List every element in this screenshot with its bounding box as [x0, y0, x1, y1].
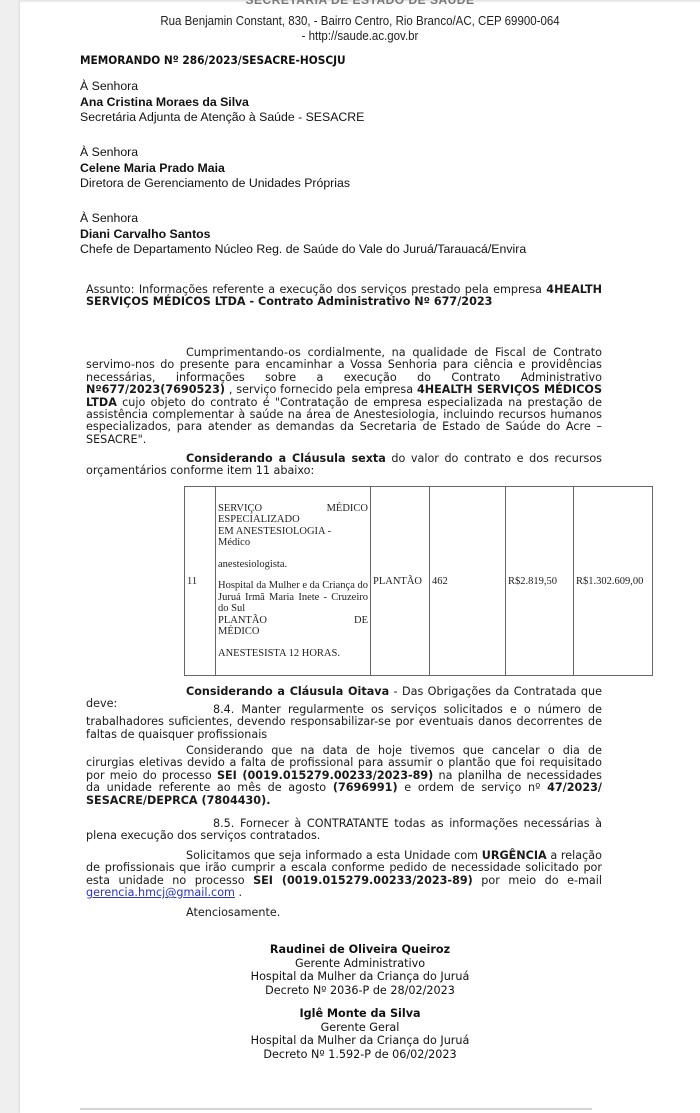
addressee-salutation: À Senhora [80, 211, 526, 227]
signature-name: Iglê Monte da Silva [20, 1007, 700, 1021]
paragraph-clausula-sexta: Considerando a Cláusula sexta do valor d… [86, 453, 602, 478]
addressee-role: Secretária Adjunta de Atenção à Saúde - … [80, 110, 364, 126]
page-divider [80, 1108, 592, 1110]
paragraph-intro: Cumprimentando-os cordialmente, na quali… [86, 347, 602, 446]
contract-number: Nº677/2023(7690523) [86, 383, 225, 396]
addressee-salutation: À Senhora [80, 79, 364, 95]
address-line-2: - http://saude.ac.gov.br [47, 29, 673, 44]
addressee-2: À Senhora Celene Maria Prado Maia Direto… [80, 145, 350, 192]
cell-quantity: 462 [430, 487, 506, 676]
addressee-3: À Senhora Diani Carvalho Santos Chefe de… [80, 211, 526, 258]
cell-unit-price: R$2.819,50 [506, 487, 574, 676]
addressee-name: Diani Carvalho Santos [80, 227, 526, 243]
addressee-1: À Senhora Ana Cristina Moraes da Silva S… [80, 79, 364, 126]
signature-role: Gerente Administrativo [20, 957, 700, 971]
table-row: 11 SERVIÇO MÉDICO ESPECIALIZADO EM ANEST… [185, 487, 653, 676]
document-page: SECRETARIA DE ESTADO DE SAÚDE Rua Benjam… [20, 0, 700, 1113]
agency-title: SECRETARIA DE ESTADO DE SAÚDE [20, 0, 700, 7]
cell-total-price: R$1.302.609,00 [574, 487, 653, 676]
addressee-name: Celene Maria Prado Maia [80, 161, 350, 177]
signature-name: Raudinei de Oliveira Queiroz [20, 943, 700, 957]
paragraph-solicitacao: Solicitamos que seja informado a esta Un… [86, 850, 602, 900]
signature-org: Hospital da Mulher da Criança do Juruá [20, 1034, 700, 1048]
contract-item-table: 11 SERVIÇO MÉDICO ESPECIALIZADO EM ANEST… [184, 486, 653, 676]
addressee-role: Chefe de Departamento Núcleo Reg. de Saú… [80, 242, 526, 258]
email-link[interactable]: gerencia.hmcj@gmail.com [86, 886, 235, 899]
signature-role: Gerente Geral [20, 1021, 700, 1035]
signature-block-1: Raudinei de Oliveira Queiroz Gerente Adm… [20, 943, 700, 997]
paragraph-8-5: 8.5. Fornecer à CONTRATANTE todas as inf… [86, 818, 602, 843]
memo-title: MEMORANDO Nº 286/2023/SESACRE-HOSCJU [80, 53, 346, 67]
subject: Assunto: Informações referente a execuçã… [86, 284, 602, 309]
agency-address: Rua Benjamin Constant, 830, - Bairro Cen… [47, 14, 673, 44]
closing: Atenciosamente. [86, 907, 602, 919]
signature-decree: Decreto Nº 2036-P de 28/02/2023 [20, 984, 700, 998]
signature-decree: Decreto Nº 1.592-P de 06/02/2023 [20, 1048, 700, 1062]
signature-org: Hospital da Mulher da Criança do Juruá [20, 970, 700, 984]
address-line-1: Rua Benjamin Constant, 830, - Bairro Cen… [47, 14, 673, 29]
subject-prefix: Assunto: Informações referente a execuçã… [86, 283, 546, 296]
addressee-salutation: À Senhora [80, 145, 350, 161]
signature-block-2: Iglê Monte da Silva Gerente Geral Hospit… [20, 1007, 700, 1061]
paragraph-8-4: 8.4. Manter regularmente os serviços sol… [86, 704, 602, 741]
addressee-name: Ana Cristina Moraes da Silva [80, 95, 364, 111]
paragraph-cancelamento: Considerando que na data de hoje tivemos… [86, 745, 602, 807]
cell-item: 11 [185, 487, 216, 676]
cell-unit: PLANTÃO [371, 487, 430, 676]
cell-description: SERVIÇO MÉDICO ESPECIALIZADO EM ANESTESI… [216, 487, 371, 676]
addressee-role: Diretora de Gerenciamento de Unidades Pr… [80, 176, 350, 192]
